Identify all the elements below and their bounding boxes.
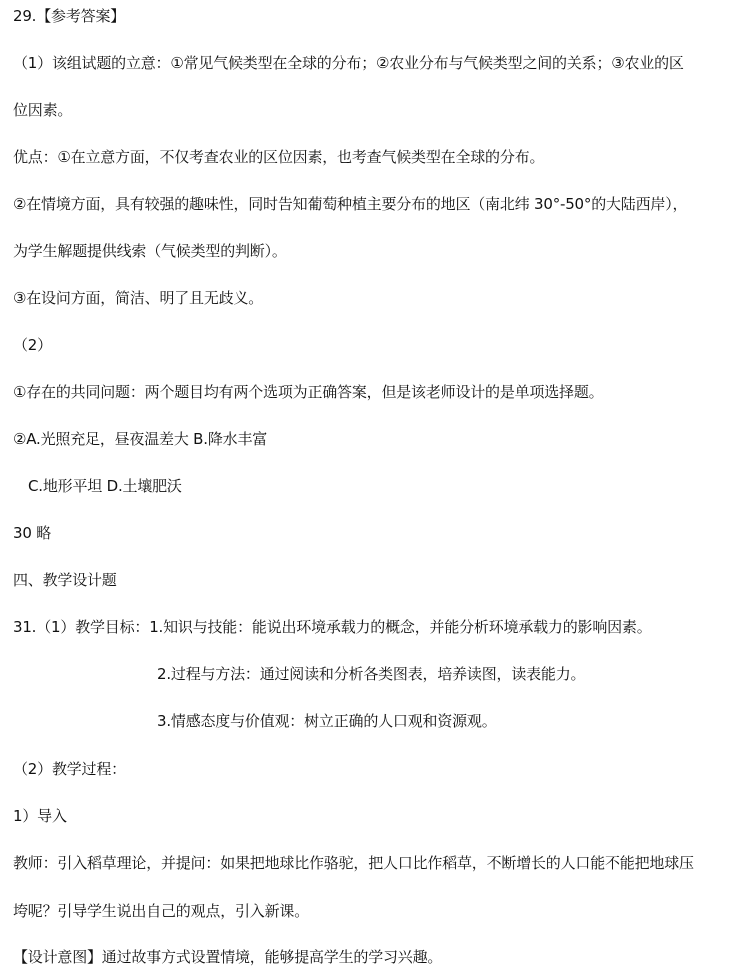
q31-goal-attitude: 3.情感态度与价值观：树立正确的人口观和资源观。 [157, 711, 497, 731]
question-29-title: 29.【参考答案】 [13, 6, 125, 26]
q31-goal-knowledge: 31.（1）教学目标：1.知识与技能：能说出环境承载力的概念，并能分析环境承载力… [13, 617, 652, 637]
section-four-heading: 四、教学设计题 [13, 570, 117, 590]
q29-part1-intent-line1: （1）该组试题的立意：①常见气候类型在全球的分布；②农业分布与气候类型之间的关系… [13, 53, 684, 73]
q29-part1-intent-line2: 位因素。 [13, 100, 72, 120]
q31-teacher-line2: 垮呢？引导学生说出自己的观点，引入新课。 [13, 901, 309, 921]
q29-part2-label: （2） [13, 335, 52, 355]
q29-advantage-3: ③在设问方面，简洁、明了且无歧义。 [13, 288, 263, 308]
q29-part2-options-cd: C.地形平坦 D.土壤肥沃 [28, 476, 182, 496]
q31-process-label: （2）教学过程： [13, 759, 126, 779]
q29-part2-common-problem: ①存在的共同问题：两个题目均有两个选项为正确答案，但是该老师设计的是单项选择题。 [13, 382, 603, 402]
q31-design-intent: 【设计意图】通过故事方式设置情境，能够提高学生的学习兴趣。 [13, 947, 442, 967]
q29-advantage-1: 优点：①在立意方面，不仅考查农业的区位因素，也考查气候类型在全球的分布。 [13, 147, 544, 167]
q31-goal-process: 2.过程与方法：通过阅读和分析各类图表，培养读图，读表能力。 [157, 664, 585, 684]
q31-teacher-line1: 教师：引入稻草理论，并提问：如果把地球比作骆驼，把人口比作稻草，不断增长的人口能… [13, 853, 694, 873]
q29-part2-options-ab: ②A.光照充足，昼夜温差大 B.降水丰富 [13, 429, 267, 449]
q29-advantage-2-line2: 为学生解题提供线索（气候类型的判断）。 [13, 241, 287, 261]
question-30: 30 略 [13, 523, 51, 543]
q31-intro-label: 1）导入 [13, 806, 67, 826]
q29-advantage-2-line1: ②在情境方面，具有较强的趣味性，同时告知葡萄种植主要分布的地区（南北纬 30°-… [13, 194, 687, 214]
